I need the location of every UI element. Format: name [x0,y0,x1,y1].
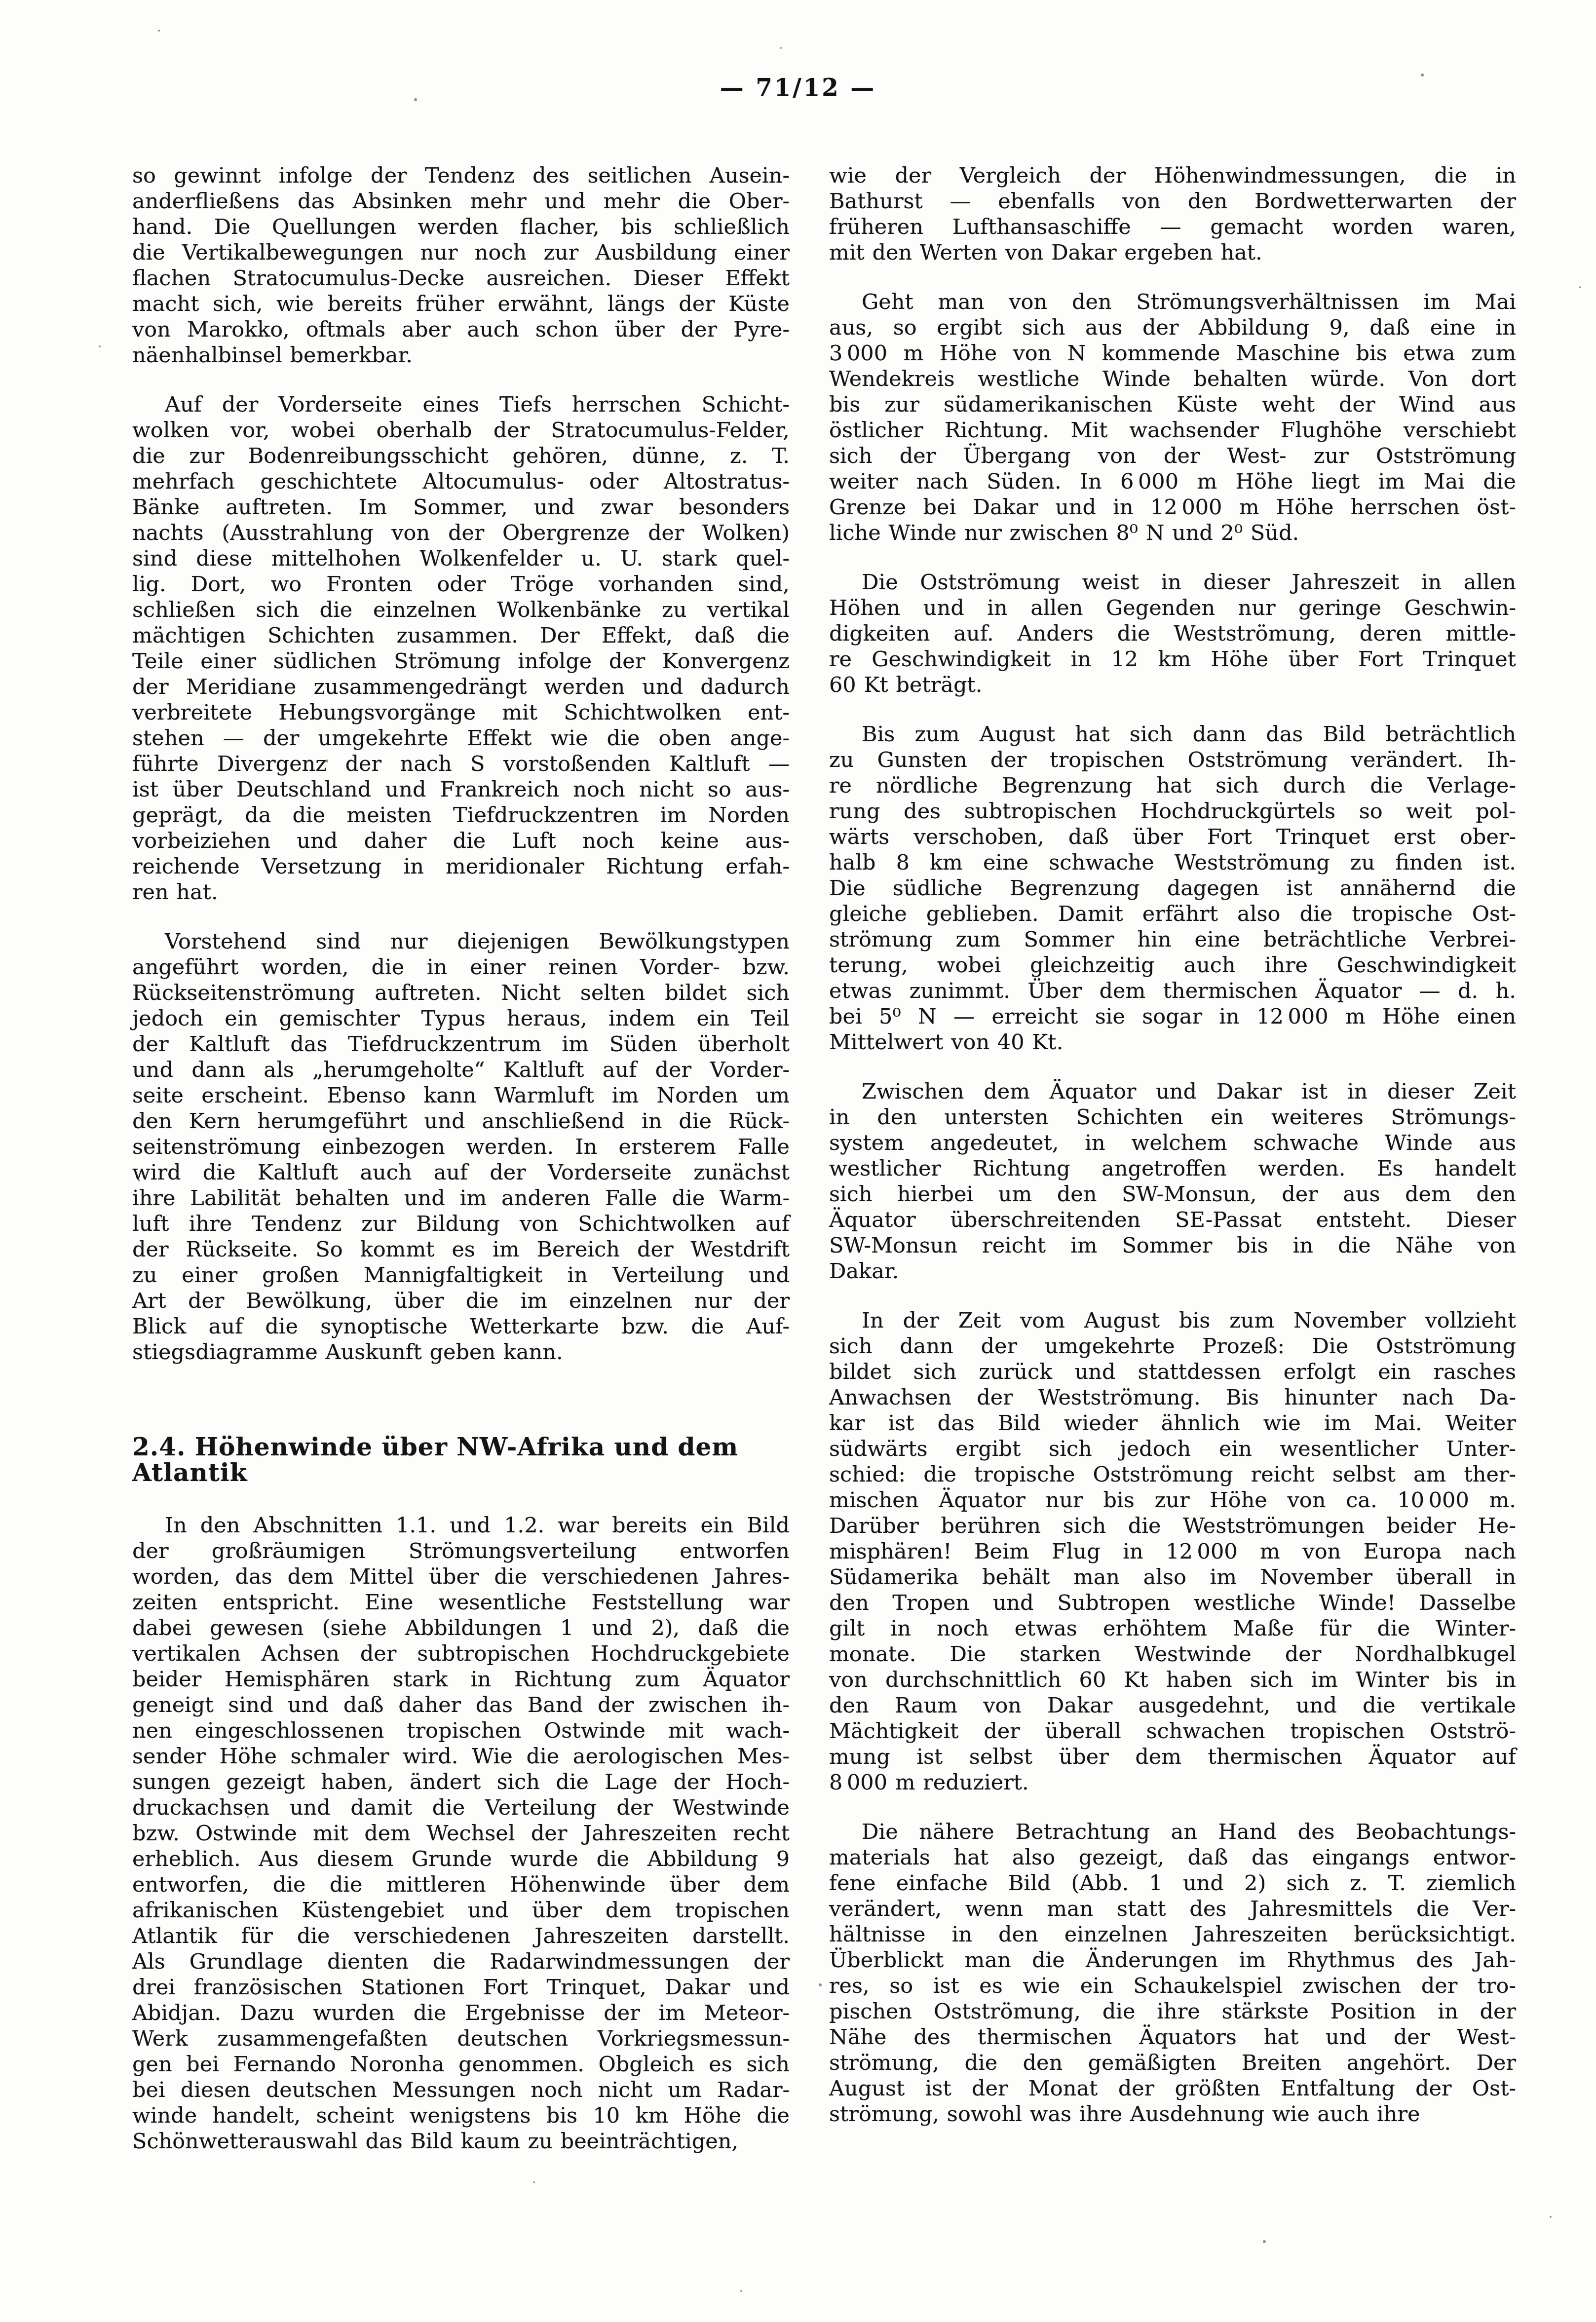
text-line: sender Höhe schmaler wird. Wie die aerol… [132,1744,790,1769]
paragraph: Die nähere Betrachtung an Hand des Beoba… [829,1819,1516,2127]
text-line: halb 8 km eine schwache Westströmung zu … [829,850,1516,876]
text-line: seitenströmung einbezogen werden. In ers… [132,1134,790,1160]
paragraph: In der Zeit vom August bis zum November … [829,1308,1516,1795]
text-line: luft ihre Tendenz zur Bildung von Schich… [132,1211,790,1237]
text-line: und dann als „herumgeholte“ Kaltluft auf… [132,1057,790,1083]
text-line: Äquator überschreitenden SE-Passat entst… [829,1207,1516,1233]
text-line: lig. Dort, wo Fronten oder Tröge vorhand… [132,571,790,597]
text-line: sungen gezeigt haben, ändert sich die La… [132,1769,790,1795]
text-line: Nähe des thermischen Äquators hat und de… [829,2024,1516,2050]
text-line: Schönwetterauswahl das Bild kaum zu beei… [132,2129,790,2154]
text-line: ist über Deutschland und Frankreich noch… [132,777,790,802]
text-line: Bathurst — ebenfalls von den Bordwetterw… [829,189,1516,214]
text-line: re nördliche Begrenzung hat sich durch d… [829,773,1516,799]
text-line: bei 5⁰ N — erreicht sie sogar in 12 000 … [829,1004,1516,1029]
text-line: seite erscheint. Ebenso kann Warmluft im… [132,1083,790,1108]
text-line: Höhen und in allen Gegenden nur geringe … [829,595,1516,621]
paragraph: Geht man von den Strömungsverhältnissen … [829,289,1516,546]
text-line: angeführt worden, die in einer reinen Vo… [132,954,790,980]
page-number: — 71/12 — [0,74,1596,102]
text-line: Dakar. [829,1258,1516,1284]
text-line: Bänke auftreten. Im Sommer, und zwar bes… [132,495,790,520]
text-line: druckachsen und damit die Verteilung der… [132,1795,790,1821]
right-text-column: wie der Vergleich der Höhenwindmessungen… [829,163,1516,2127]
text-line: 3 000 m Höhe von N kommende Maschine bis… [829,341,1516,366]
text-line: wird die Kaltluft auch auf der Vordersei… [132,1160,790,1185]
paragraph: wie der Vergleich der Höhenwindmessungen… [829,163,1516,266]
text-line: schied: die tropische Ostströmung reicht… [829,1462,1516,1487]
text-line: so gewinnt infolge der Tendenz des seitl… [132,163,790,189]
text-line: erheblich. Aus diesem Grunde wurde die A… [132,1846,790,1872]
text-line: mung ist selbst über dem thermischen Äqu… [829,1744,1516,1770]
text-line: verbreitete Hebungsvorgänge mit Schichtw… [132,700,790,725]
scan-noise-speck [158,30,160,32]
text-line: geneigt sind und daß daher das Band der … [132,1692,790,1718]
text-line: den Kern herumgeführt und anschließend i… [132,1108,790,1134]
text-line: den Tropen und Subtropen westliche Winde… [829,1590,1516,1616]
text-line: Grenze bei Dakar und in 12 000 m Höhe he… [829,495,1516,520]
text-line: der Meridiane zusammengedrängt werden un… [132,674,790,700]
text-line: liche Winde nur zwischen 8⁰ N und 2⁰ Süd… [829,520,1516,546]
text-line: hältnisse in den einzelnen Jahreszeiten … [829,1922,1516,1947]
text-line: digkeiten auf. Anders die Westströmung, … [829,621,1516,647]
text-line: vorbeiziehen und daher die Luft noch kei… [132,828,790,854]
text-line: sich der Übergang von der West- zur Osts… [829,443,1516,469]
text-line: führte Divergenz der nach S vorstoßenden… [132,751,790,777]
text-line: anderfließens das Absinken mehr und mehr… [132,189,790,214]
text-line: wärts verschoben, daß über Fort Trinquet… [829,824,1516,850]
text-line: mehrfach geschichtete Altocumulus- oder … [132,469,790,495]
text-line: sich hierbei um den SW-Monsun, der aus d… [829,1181,1516,1207]
text-line: die Vertikalbewegungen nur noch zur Ausb… [132,240,790,266]
text-line: Die Ostströmung weist in dieser Jahresze… [829,570,1516,595]
text-line: rung des subtropischen Hochdruckgürtels … [829,799,1516,824]
text-line: weiter nach Süden. In 6 000 m Höhe liegt… [829,469,1516,495]
text-line: August ist der Monat der größten Entfalt… [829,2076,1516,2101]
text-line: Zwischen dem Äquator und Dakar ist in di… [829,1079,1516,1104]
text-line: strömung, sowohl was ihre Ausdehnung wie… [829,2101,1516,2127]
text-line: strömung zum Sommer hin eine beträchtlic… [829,927,1516,952]
text-line: nachts (Ausstrahlung von der Obergrenze … [132,520,790,546]
text-line: früheren Lufthansaschiffe — gemacht word… [829,214,1516,240]
text-line: in den untersten Schichten ein weiteres … [829,1104,1516,1130]
text-line: nen eingeschlossenen tropischen Ostwinde… [132,1718,790,1744]
text-line: vertikalen Achsen der subtropischen Hoch… [132,1641,790,1667]
text-line: Anwachsen der Westströmung. Bis hinunter… [829,1385,1516,1410]
text-line: Überblickt man die Änderungen im Rhythmu… [829,1947,1516,1973]
text-line: Die nähere Betrachtung an Hand des Beoba… [829,1819,1516,1845]
paragraph: so gewinnt infolge der Tendenz des seitl… [132,163,790,368]
text-line: reichende Versetzung in meridionaler Ric… [132,854,790,879]
text-line: verändert, wenn man statt des Jahresmitt… [829,1896,1516,1922]
text-line: flachen Stratocumulus-Decke ausreichen. … [132,266,790,291]
text-line: kar ist das Bild wieder ähnlich wie im M… [829,1410,1516,1436]
text-line: re Geschwindigkeit in 12 km Höhe über Fo… [829,647,1516,672]
text-line: Mächtigkeit der überall schwachen tropis… [829,1718,1516,1744]
text-line: Als Grundlage dienten die Radarwindmessu… [132,1949,790,1975]
text-line: Auf der Vorderseite eines Tiefs herrsche… [132,392,790,418]
text-line: Wendekreis westliche Winde behalten würd… [829,366,1516,392]
text-line: SW-Monsun reicht im Sommer bis in die Nä… [829,1233,1516,1258]
text-line: von durchschnittlich 60 Kt haben sich im… [829,1667,1516,1693]
text-line: stehen — der umgekehrte Effekt wie die o… [132,725,790,751]
text-line: materials hat also gezeigt, daß das eing… [829,1845,1516,1870]
text-line: 60 Kt beträgt. [829,672,1516,698]
text-line: Die südliche Begrenzung dagegen ist annä… [829,876,1516,901]
text-line: Art der Bewölkung, über die im einzelnen… [132,1288,790,1314]
text-line: Bis zum August hat sich dann das Bild be… [829,722,1516,747]
text-line: winde handelt, scheint wenigstens bis 10… [132,2103,790,2129]
text-line: östlicher Richtung. Mit wachsender Flugh… [829,418,1516,443]
paragraph: Bis zum August hat sich dann das Bild be… [829,722,1516,1055]
text-line: res, so ist es wie ein Schaukelspiel zwi… [829,1973,1516,1999]
text-line: monate. Die starken Westwinde der Nordha… [829,1641,1516,1667]
scanned-page: — 71/12 — so gewinnt infolge der Tendenz… [0,0,1596,2322]
text-line: westlicher Richtung angetroffen werden. … [829,1156,1516,1181]
text-line: näenhalbinsel bemerkbar. [132,343,790,368]
paragraph: Vorstehend sind nur diejenigen Bewölkung… [132,929,790,1365]
text-line: In den Abschnitten 1.1. und 1.2. war ber… [132,1513,790,1538]
text-line: jedoch ein gemischter Typus heraus, inde… [132,1006,790,1031]
text-line: den Raum von Dakar ausgedehnt, und die v… [829,1693,1516,1718]
text-line: gilt in noch etwas erhöhtem Maße für die… [829,1616,1516,1641]
text-line: Vorstehend sind nur diejenigen Bewölkung… [132,929,790,954]
text-line: bei diesen deutschen Messungen noch nich… [132,2077,790,2103]
text-line: fene einfache Bild (Abb. 1 und 2) sich z… [829,1870,1516,1896]
text-line: Abidjan. Dazu wurden die Ergebnisse der … [132,2000,790,2026]
text-line: Südamerika behält man also im November ü… [829,1564,1516,1590]
text-line: entworfen, die die mittleren Höhenwinde … [132,1872,790,1898]
text-line: zu einer großen Mannigfaltigkeit in Vert… [132,1262,790,1288]
text-line: bzw. Ostwinde mit dem Wechsel der Jahres… [132,1821,790,1846]
paragraph: Zwischen dem Äquator und Dakar ist in di… [829,1079,1516,1284]
text-line: afrikanischen Küstengebiet und über dem … [132,1898,790,1923]
text-line: wolken vor, wobei oberhalb der Stratocum… [132,418,790,443]
text-line: Atlantik für die verschiedenen Jahreszei… [132,1923,790,1949]
text-line: der Rückseite. So kommt es im Bereich de… [132,1237,790,1262]
section-heading: 2.4. Höhenwinde über NW-Afrika und dem A… [132,1434,790,1485]
text-line: mischen Äquator nur bis zur Höhe von ca.… [829,1487,1516,1513]
text-line: gleiche geblieben. Damit erfährt also di… [829,901,1516,927]
text-line: etwas zunimmt. Über dem thermischen Äqua… [829,978,1516,1004]
paragraph: Die Ostströmung weist in dieser Jahresze… [829,570,1516,698]
text-line: Rückseitenströmung auftreten. Nicht selt… [132,980,790,1006]
text-line: wie der Vergleich der Höhenwindmessungen… [829,163,1516,189]
text-line: bildet sich zurück und stattdessen erfol… [829,1359,1516,1385]
text-line: bis zur südamerikanischen Küste weht der… [829,392,1516,418]
text-line: mit den Werten von Dakar ergeben hat. [829,240,1516,266]
text-line: Blick auf die synoptische Wetterkarte bz… [132,1314,790,1339]
text-line: macht sich, wie bereits früher erwähnt, … [132,291,790,317]
text-line: pischen Ostströmung, die ihre stärkste P… [829,1999,1516,2024]
text-line: beider Hemisphären stark in Richtung zum… [132,1667,790,1692]
text-line: misphären! Beim Flug in 12 000 m von Eur… [829,1539,1516,1564]
text-line: stiegsdiagramme Auskunft geben kann. [132,1339,790,1365]
text-line: system angedeutet, in welchem schwache W… [829,1130,1516,1156]
text-line: dabei gewesen (siehe Abbildungen 1 und 2… [132,1615,790,1641]
text-line: worden, das dem Mittel über die verschie… [132,1564,790,1590]
text-line: sich dann der umgekehrte Prozeß: Die Ost… [829,1333,1516,1359]
text-line: Werk zusammengefaßten deutschen Vorkrieg… [132,2026,790,2052]
text-line: sind diese mittelhohen Wolkenfelder u. U… [132,546,790,571]
text-line: geprägt, da die meisten Tiefdruckzentren… [132,802,790,828]
text-line: 8 000 m reduziert. [829,1770,1516,1795]
text-line: Teile einer südlichen Strömung infolge d… [132,648,790,674]
text-line: ren hat. [132,879,790,905]
text-line: Mittelwert von 40 Kt. [829,1029,1516,1055]
text-line: von Marokko, oftmals aber auch schon übe… [132,317,790,343]
text-line: gen bei Fernando Noronha genommen. Obgle… [132,2052,790,2077]
text-line: terung, wobei gleichzeitig auch ihre Ges… [829,952,1516,978]
text-line: mächtigen Schichten zusammen. Der Effekt… [132,623,790,648]
text-line: der großräumigen Strömungsverteilung ent… [132,1538,790,1564]
text-line: ihre Labilität behalten und im anderen F… [132,1185,790,1211]
left-text-column: so gewinnt infolge der Tendenz des seitl… [132,163,790,2154]
text-line: zeiten entspricht. Eine wesentliche Fest… [132,1590,790,1615]
text-line: der Kaltluft das Tiefdruckzentrum im Süd… [132,1031,790,1057]
text-line: Geht man von den Strömungsverhältnissen … [829,289,1516,315]
text-line: schließen sich die einzelnen Wolkenbänke… [132,597,790,623]
text-line: drei französischen Stationen Fort Trinqu… [132,1975,790,2000]
text-line: die zur Bodenreibungsschicht gehören, dü… [132,443,790,469]
paragraph: Auf der Vorderseite eines Tiefs herrsche… [132,392,790,905]
paragraph: In den Abschnitten 1.1. und 1.2. war ber… [132,1513,790,2154]
text-line: strömung, die den gemäßigten Breiten ang… [829,2050,1516,2076]
text-line: hand. Die Quellungen werden flacher, bis… [132,214,790,240]
text-line: aus, so ergibt sich aus der Abbildung 9,… [829,315,1516,341]
text-line: zu Gunsten der tropischen Ostströmung ve… [829,747,1516,773]
text-line: südwärts ergibt sich jedoch ein wesentli… [829,1436,1516,1462]
text-line: Darüber berühren sich die Westströmungen… [829,1513,1516,1539]
text-line: In der Zeit vom August bis zum November … [829,1308,1516,1333]
